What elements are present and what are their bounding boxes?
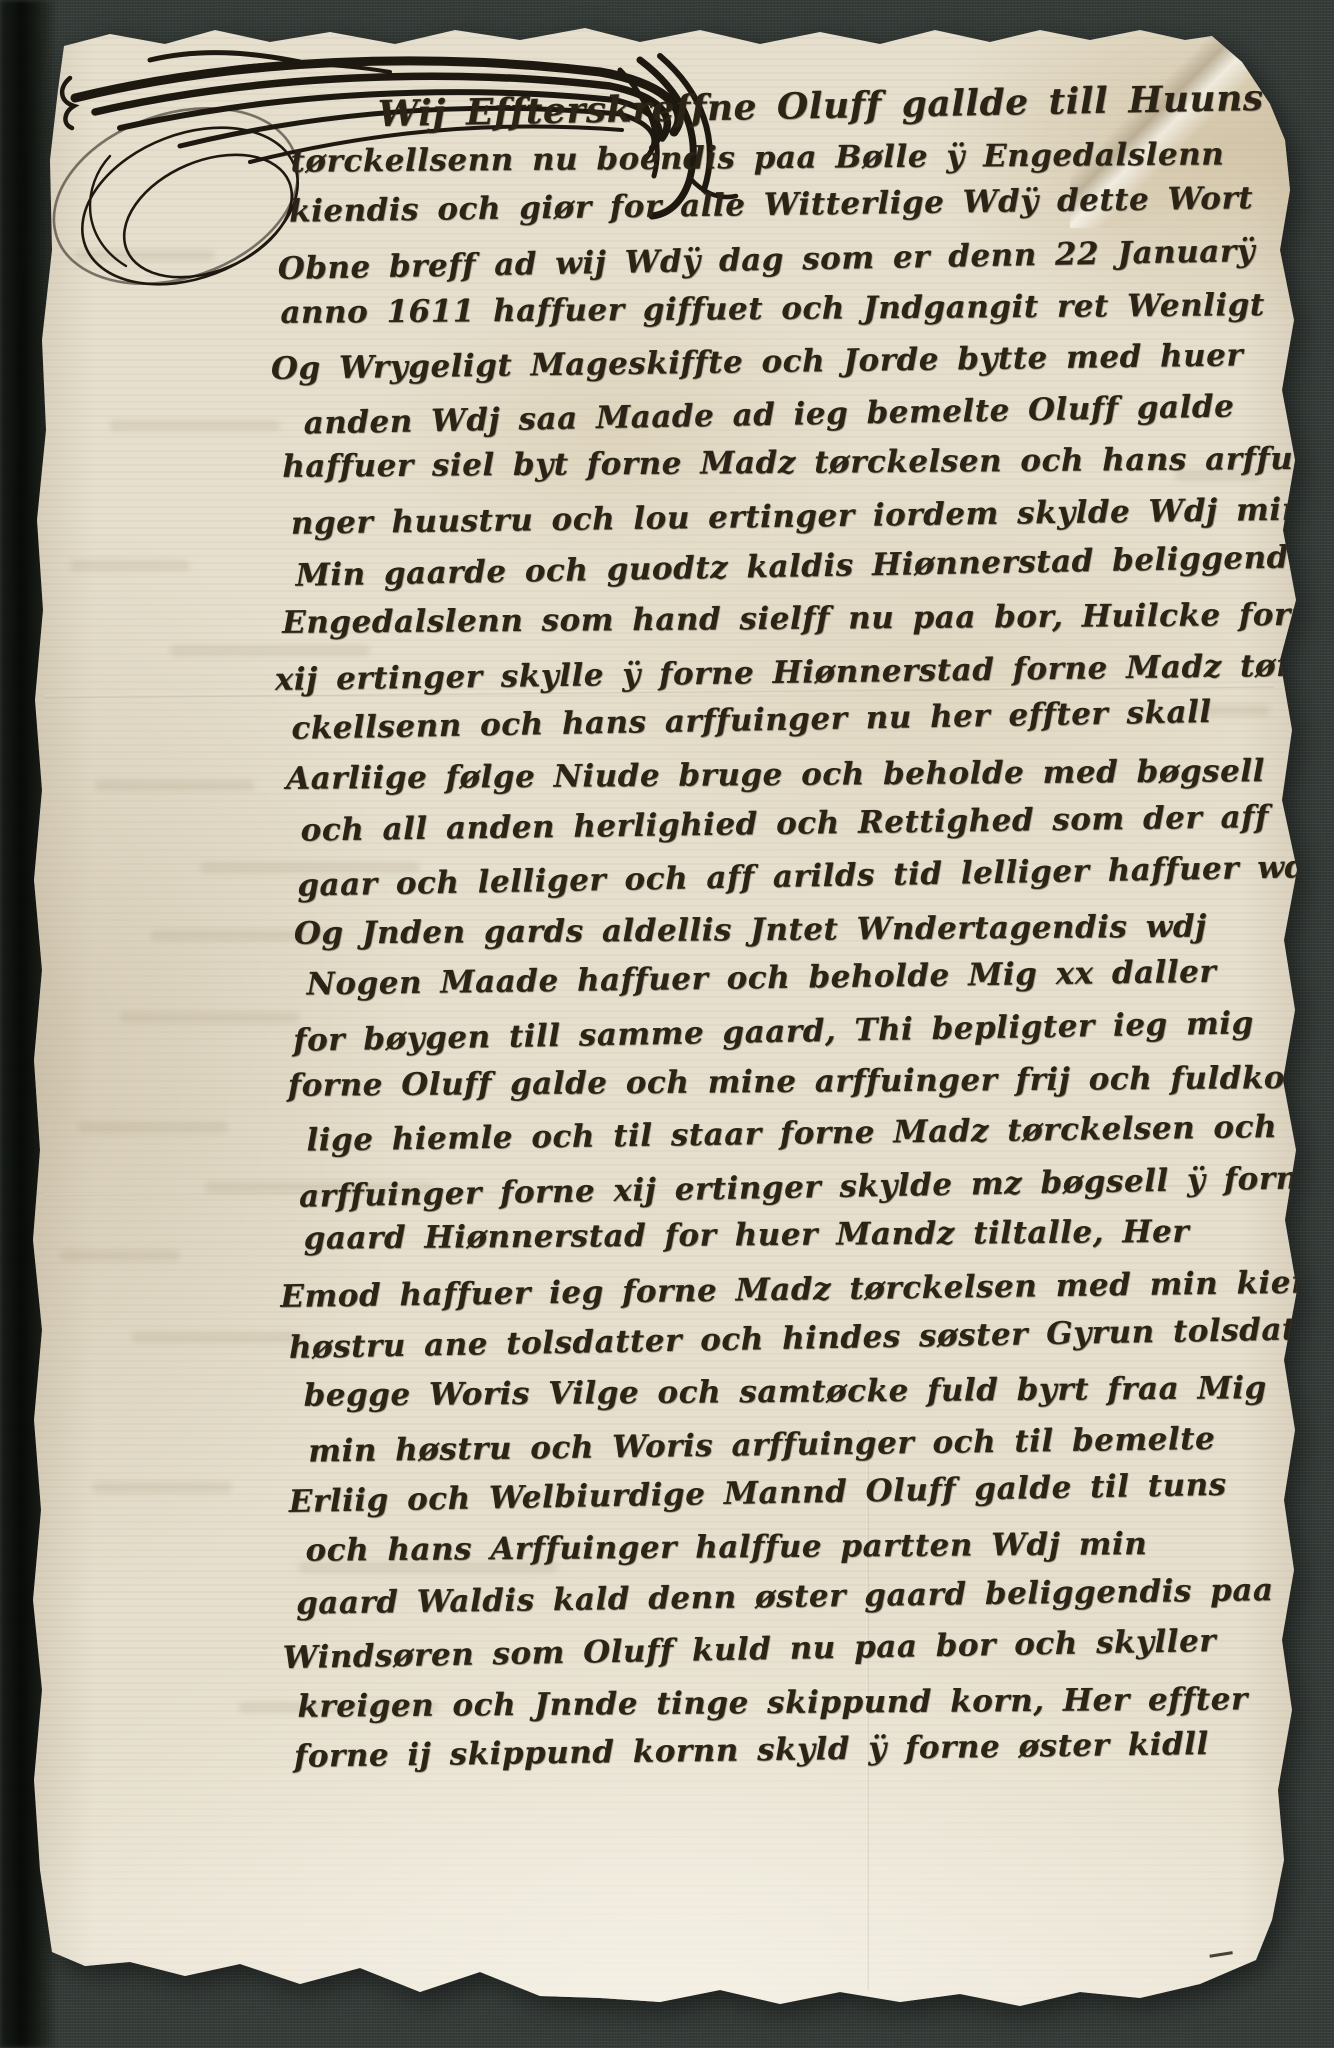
archive-photo: { "colors": { "backing_cloth": "#353c38"… (0, 0, 1334, 2048)
ink-bleedthrough (75, 250, 215, 261)
ink-bleedthrough (92, 1482, 232, 1493)
manuscript-page: Wij Effterskreffne Oluff gallde till Huu… (0, 0, 1334, 2048)
ink-bleedthrough (95, 780, 255, 791)
ink-bleedthrough (78, 1122, 228, 1133)
manuscript-line: begge Woris Vilge och samtøcke fuld byrt… (263, 1369, 1293, 1429)
ink-bleedthrough (60, 1250, 180, 1261)
manuscript-line: haffuer siel byt forne Madz tørckelsen o… (252, 440, 1282, 500)
handwritten-text-block: Wij Effterskreffne Oluff gallde till Huu… (248, 80, 1299, 1792)
manuscript-page-wrap: Wij Effterskreffne Oluff gallde till Huu… (0, 0, 1334, 2048)
pen-mark: — (1207, 1946, 1238, 1961)
manuscript-line: Engedalslenn som hand sielff nu paa bor,… (254, 597, 1284, 657)
manuscript-line: anno 1611 haffuer giffuet och Jndgangit … (250, 287, 1280, 347)
ink-bleedthrough (70, 560, 190, 571)
manuscript-line: gaard Hiønnerstad for huer Mandz tiltall… (262, 1213, 1292, 1273)
